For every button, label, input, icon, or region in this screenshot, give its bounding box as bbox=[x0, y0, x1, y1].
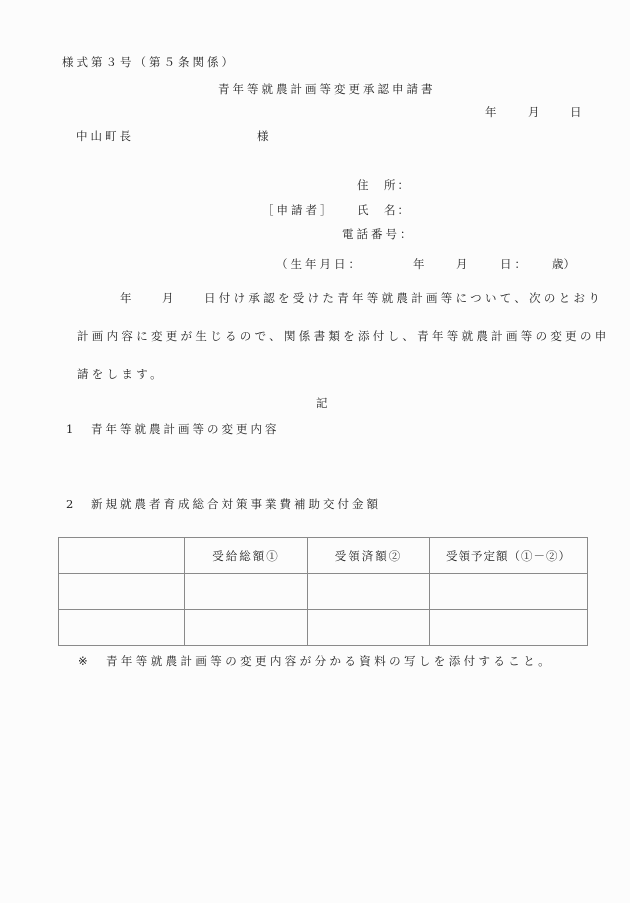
birthdate-age: 歳） bbox=[552, 259, 575, 271]
birthdate-year: 年 bbox=[413, 259, 425, 271]
table-header-cell: 受領済額② bbox=[308, 538, 430, 574]
body-line-2: 計画内容に変更が生じるので、関係書類を添付し、青年等就農計画等の変更の申 bbox=[77, 331, 610, 343]
form-number: 様式第３号（第５条関係） bbox=[62, 57, 236, 69]
addressee-name: 中山町長 bbox=[76, 131, 134, 143]
body-year: 年 bbox=[120, 293, 132, 305]
table-cell[interactable] bbox=[185, 610, 308, 646]
name-label: 氏 名： bbox=[357, 205, 411, 217]
subsidy-amount-table: 受給総額① 受領済額② 受領予定額（①－②） bbox=[58, 537, 588, 646]
section-2-number: 2 bbox=[66, 499, 73, 511]
birthdate-open: （生年月日： bbox=[276, 259, 363, 271]
body-month: 月 bbox=[162, 293, 174, 305]
table-cell[interactable] bbox=[308, 574, 430, 610]
section-1-number: 1 bbox=[66, 424, 73, 436]
table-header-cell: 受領予定額（①－②） bbox=[430, 538, 588, 574]
table-cell[interactable] bbox=[185, 574, 308, 610]
body-line-1: 日付け承認を受けた青年等就農計画等について、次のとおり bbox=[204, 293, 603, 305]
date-year-label: 年 bbox=[485, 107, 497, 119]
table-header-cell: 受給総額① bbox=[185, 538, 308, 574]
birthdate-day: 日： bbox=[500, 259, 529, 271]
applicant-label: ［申請者］ bbox=[262, 205, 335, 217]
table-cell[interactable] bbox=[308, 610, 430, 646]
date-month-label: 月 bbox=[528, 107, 540, 119]
table-cell[interactable] bbox=[430, 610, 588, 646]
table-header-cell bbox=[59, 538, 185, 574]
phone-label: 電話番号： bbox=[342, 229, 415, 241]
table-row bbox=[59, 574, 588, 610]
ki-heading: 記 bbox=[316, 398, 328, 410]
addressee-honorific: 様 bbox=[257, 131, 269, 143]
address-label: 住 所： bbox=[357, 180, 411, 192]
body-line-3: 請をします。 bbox=[77, 369, 165, 381]
document-title: 青年等就農計画等変更承認申請書 bbox=[218, 84, 436, 96]
table-cell[interactable] bbox=[430, 574, 588, 610]
note-text: 青年等就農計画等の変更内容が分かる資料の写しを添付すること。 bbox=[106, 656, 553, 668]
note-mark: ※ bbox=[78, 656, 88, 668]
birthdate-month: 月 bbox=[456, 259, 468, 271]
section-1-label: 青年等就農計画等の変更内容 bbox=[91, 424, 280, 436]
table-cell[interactable] bbox=[59, 610, 185, 646]
section-2-label: 新規就農者育成総合対策事業費補助交付金額 bbox=[91, 499, 381, 511]
date-day-label: 日 bbox=[570, 107, 582, 119]
table-cell[interactable] bbox=[59, 574, 185, 610]
table-header-row: 受給総額① 受領済額② 受領予定額（①－②） bbox=[59, 538, 588, 574]
table-row bbox=[59, 610, 588, 646]
